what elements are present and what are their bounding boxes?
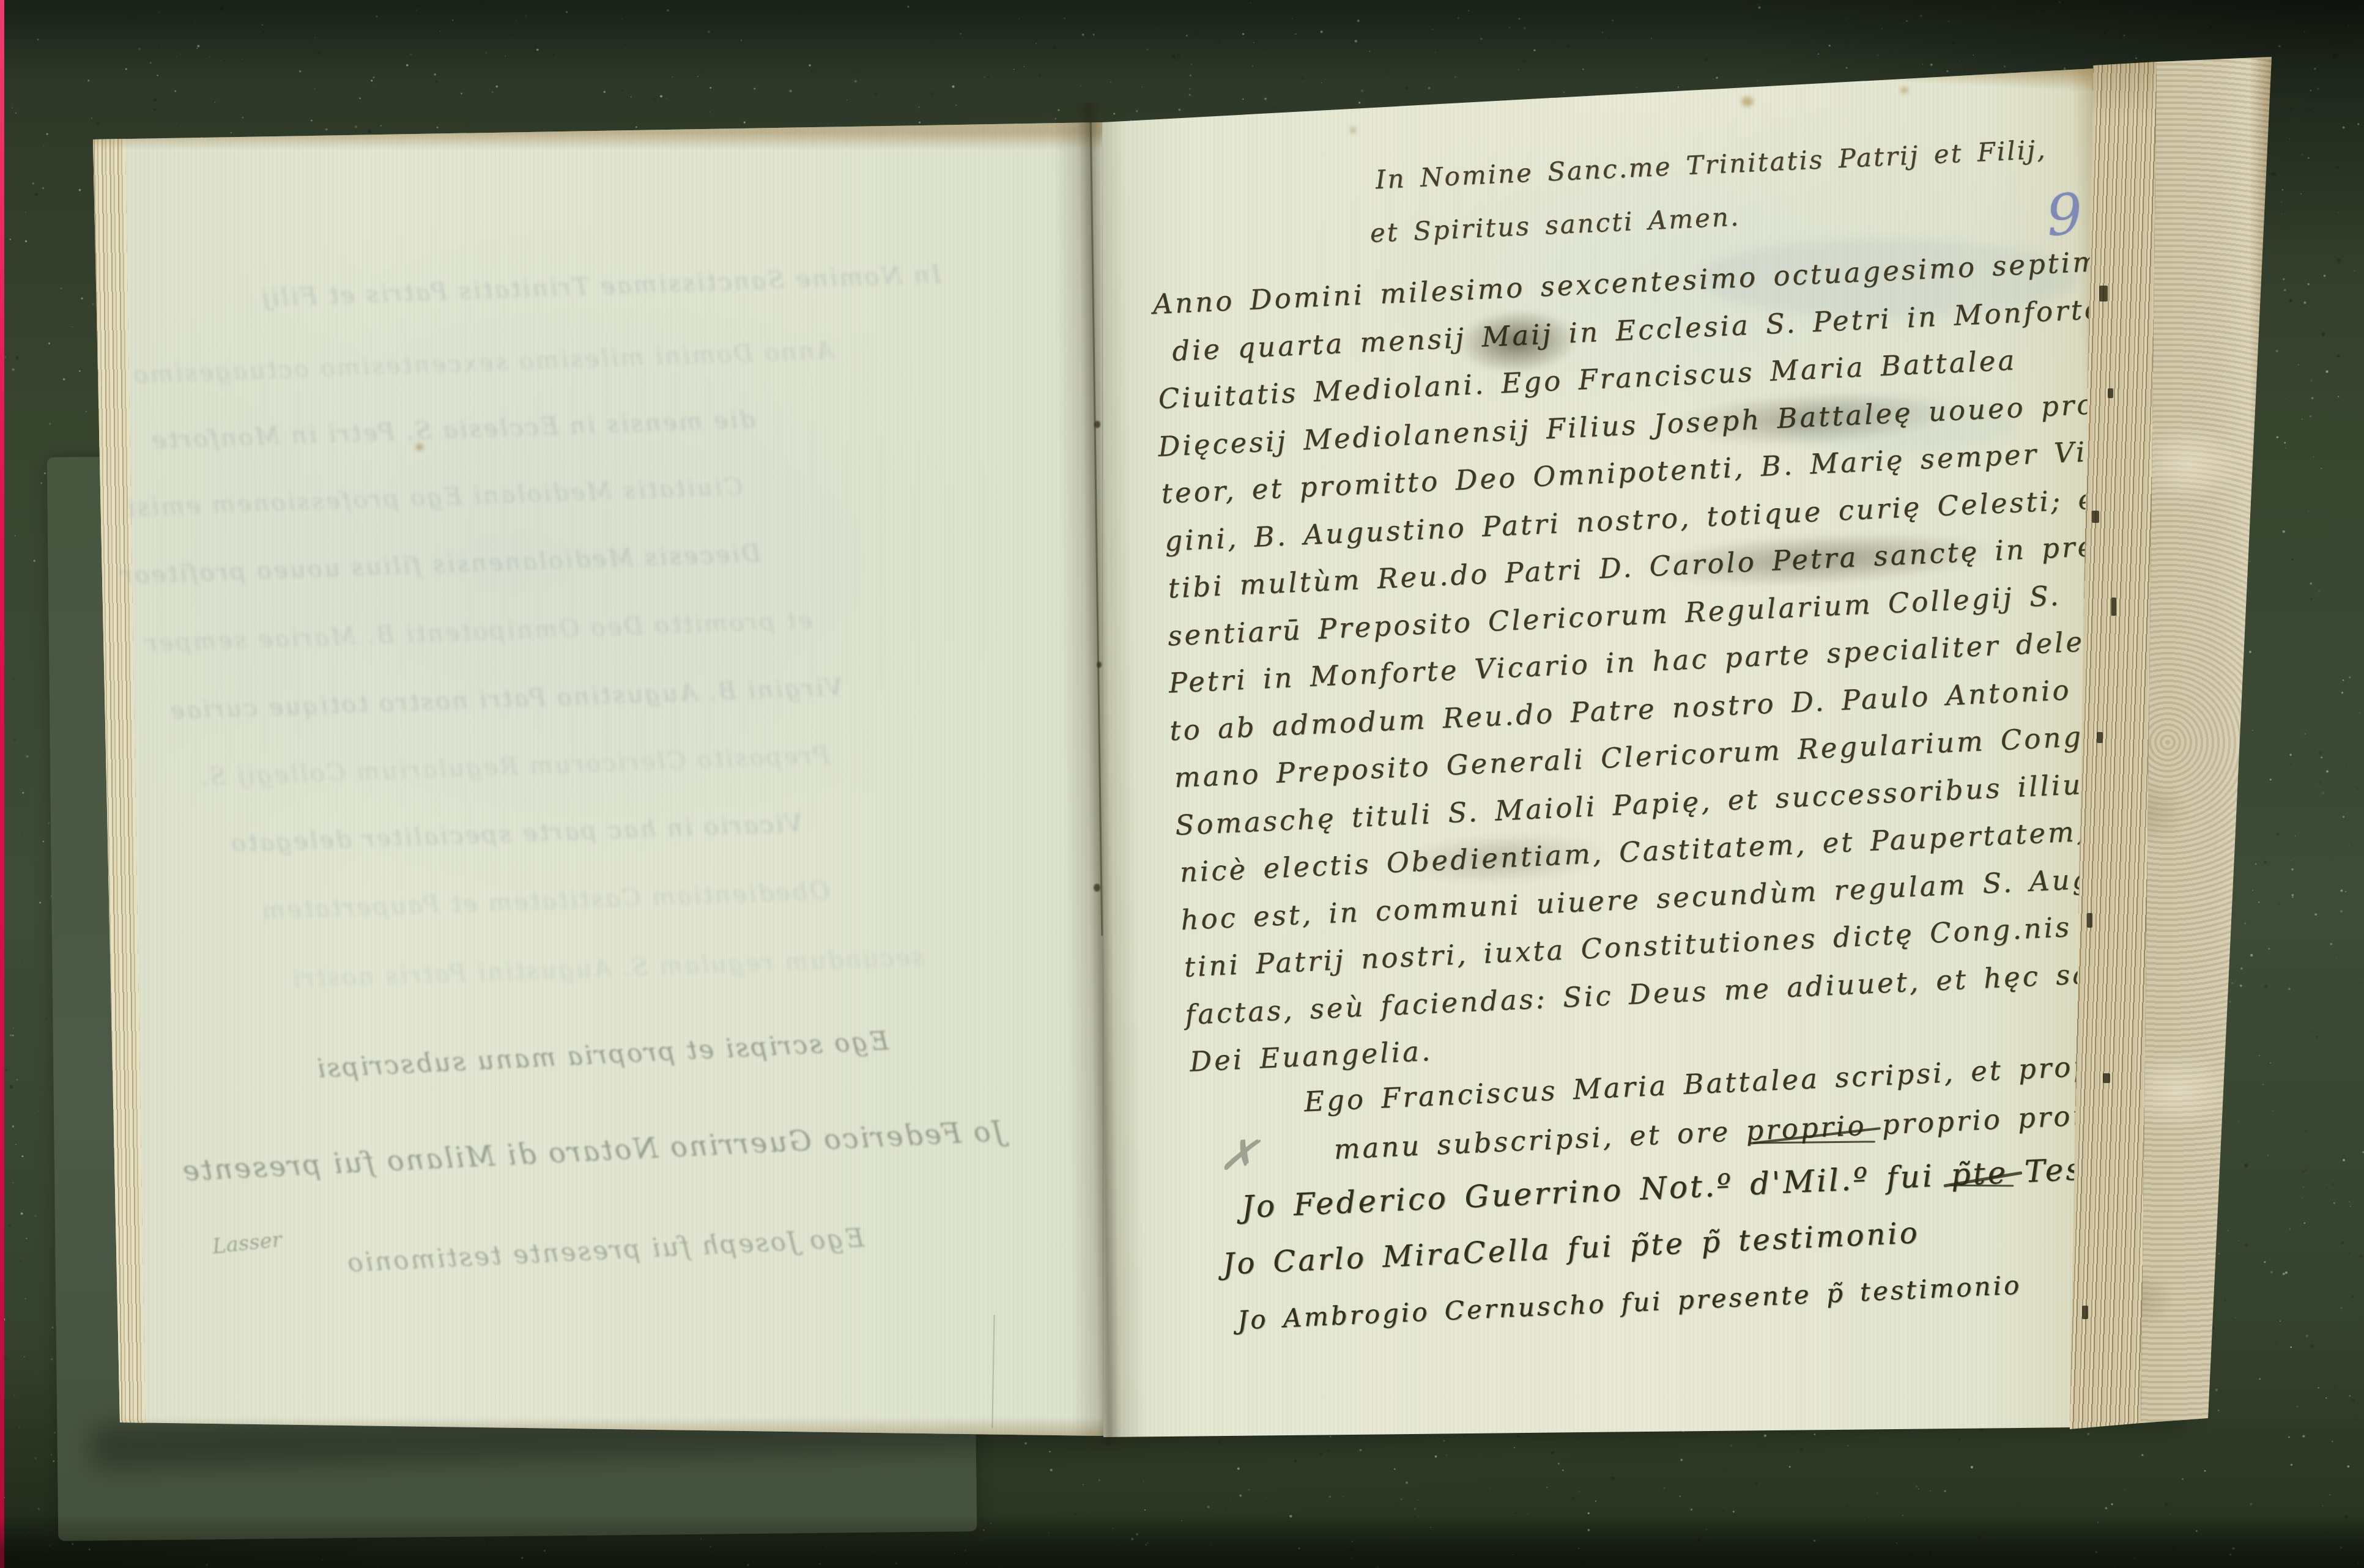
scan-edge-strip xyxy=(0,0,4,1568)
fore-edge-ink-mark xyxy=(2092,511,2099,523)
gutter-ink-drop xyxy=(1097,662,1102,668)
manuscript-line: Dei Euangelia. xyxy=(1189,1035,1433,1078)
margin-x-mark: ✗ xyxy=(1217,1127,1260,1183)
witness-signature-line: Jo Carlo MiraCella fui p̃te p̃ testimoni… xyxy=(1222,1216,1921,1282)
fore-edge-ink-mark xyxy=(2108,388,2113,398)
manuscript-photo: In Nomine Sanctissimae Trinitatis Patris… xyxy=(0,0,2364,1568)
invocation-line: et Spiritus sancti Amen. xyxy=(1369,201,1741,248)
gutter-ink-drop xyxy=(1094,884,1100,892)
fore-edge-ink-mark xyxy=(2099,286,2108,301)
left-page: In Nomine Sanctissimae Trinitatis Patris… xyxy=(58,107,1107,1446)
invocation-line: In Nomine Sanc.me Trinitatis Patrij et F… xyxy=(1375,135,2048,195)
fore-edge-ink-mark xyxy=(2103,1073,2110,1083)
fore-edge-ink-mark xyxy=(2097,732,2103,743)
bottom-shadow-band xyxy=(0,1515,2364,1568)
gutter-ink-drop xyxy=(1094,421,1100,428)
fore-edge-ink-mark xyxy=(2111,597,2116,616)
witness-signature-line: Jo Ambrogio Cernuscho fui presente p̃ te… xyxy=(1237,1270,2022,1335)
fore-edge xyxy=(2060,46,2275,1439)
right-page: 9 In Nomine Sanc.me Trinitatis Patrij et… xyxy=(1098,55,2107,1449)
fore-edge-ink-mark xyxy=(2087,913,2092,928)
manuscript-text-block: In Nomine Sanc.me Trinitatis Patrij et F… xyxy=(1136,50,2152,1425)
fore-edge-ink-mark xyxy=(2082,1306,2088,1319)
